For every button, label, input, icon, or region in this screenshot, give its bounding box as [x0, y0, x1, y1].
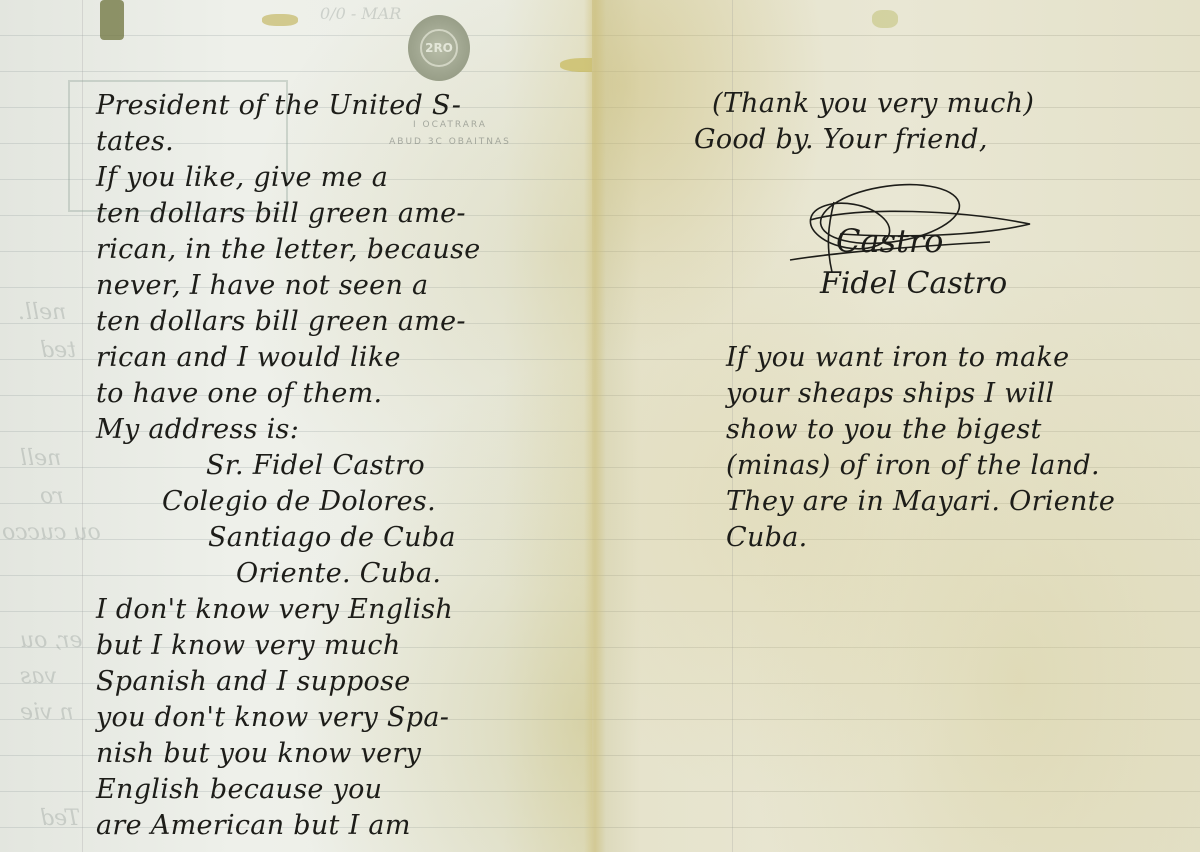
closing-lines: (Thank you very much) Good by. Your frie… [694, 86, 1034, 158]
right-page: (Thank you very much) Good by. Your frie… [592, 0, 1200, 852]
bleed-through-text: ted [40, 338, 76, 363]
stain-spot [872, 10, 898, 28]
letter-line: ten dollars bill green ame- [96, 196, 481, 232]
bleed-through-text: nell. [18, 300, 66, 325]
postscript-line: your sheaps ships I will [726, 376, 1115, 412]
sender-address: Sr. Fidel Castro Colegio de Dolores. San… [96, 448, 456, 592]
postscript-line: They are in Mayari. Oriente [726, 484, 1115, 520]
postscript: If you want iron to make your sheaps shi… [726, 340, 1115, 556]
letter-line: rican, in the letter, because [96, 232, 481, 268]
bleed-through-text: vas [20, 664, 57, 689]
letter-line: but I know very much [96, 628, 453, 664]
address-line-province: Oriente. Cuba. [96, 556, 456, 592]
page-fold [584, 0, 606, 852]
letter-line: ten dollars bill green ame- [96, 304, 481, 340]
letter-line: to have one of them. [96, 376, 481, 412]
bleed-through-text: ou cucco [2, 520, 101, 545]
letter-line: Spanish and I suppose [96, 664, 453, 700]
letter-line: President of the United S- [96, 88, 481, 124]
letterhead-stamp: 2RO [408, 15, 470, 81]
closing-goodbye: Good by. Your friend, [694, 122, 1034, 158]
letter-line: If you like, give me a [96, 160, 481, 196]
bleed-through-text: n vie [20, 700, 74, 725]
letter-line: you don't know very Spa- [96, 700, 453, 736]
postscript-line: (minas) of iron of the land. [726, 448, 1115, 484]
bleed-through-text: nell [20, 446, 61, 471]
letter-line: tates. [96, 124, 481, 160]
bleed-through-text: er, ou [20, 628, 83, 653]
letter-line: My address is: [96, 412, 481, 448]
bleed-through-text: ro [40, 484, 64, 509]
ink-smudge [100, 0, 124, 40]
postscript-line: show to you the bigest [726, 412, 1115, 448]
letter-body-part-2: I don't know very English but I know ver… [96, 592, 453, 844]
postscript-line: Cuba. [726, 520, 1115, 556]
letter-line: are American but I am [96, 808, 453, 844]
letter-line: nish but you know very [96, 736, 453, 772]
signature-printed-name: Fidel Castro [820, 266, 1007, 301]
signature-castro: Castro [836, 222, 943, 260]
closing-thanks: (Thank you very much) [694, 86, 1034, 122]
bleed-through-text: Ted [40, 806, 80, 831]
letter-body-part-1: President of the United S- tates. If you… [96, 88, 481, 448]
stain-spot [262, 14, 298, 26]
left-page: 2RO I OCATRARA ABUD 3C OBAITNAS 0/0 - MA… [0, 0, 592, 852]
stamp-seal-icon: 2RO [420, 29, 458, 67]
faint-top-note: 0/0 - MAR [320, 4, 401, 23]
address-line-city: Santiago de Cuba [96, 520, 456, 556]
postscript-line: If you want iron to make [726, 340, 1115, 376]
letter-line: English because you [96, 772, 453, 808]
address-line-school: Colegio de Dolores. [96, 484, 456, 520]
letter-line: I don't know very English [96, 592, 453, 628]
letter-line: never, I have not seen a [96, 268, 481, 304]
address-line-name: Sr. Fidel Castro [96, 448, 456, 484]
letter-line: rican and I would like [96, 340, 481, 376]
